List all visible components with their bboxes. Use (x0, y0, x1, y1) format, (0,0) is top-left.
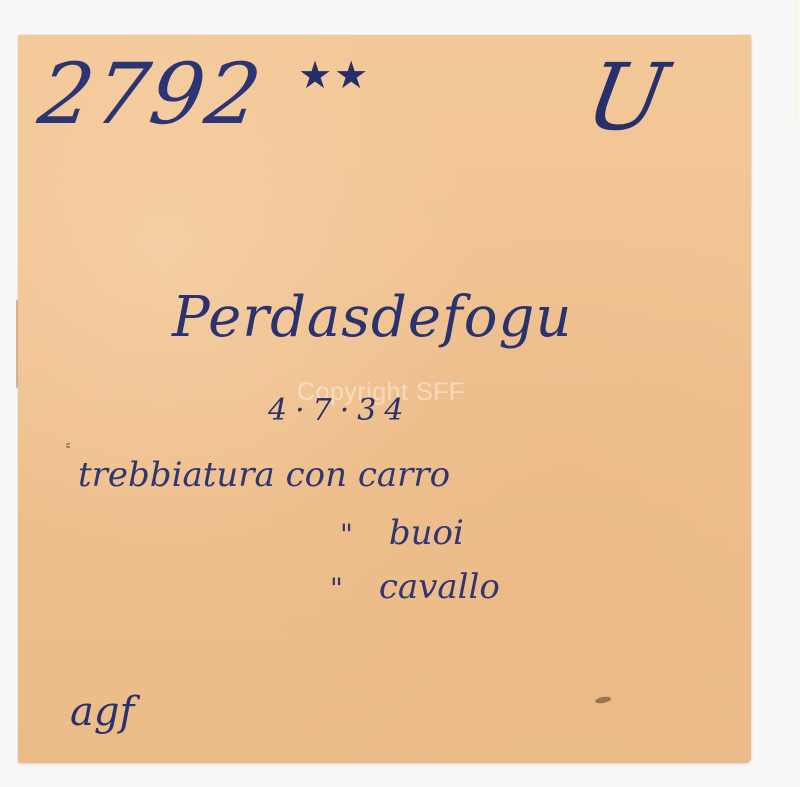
description-line: "buoi (340, 516, 464, 550)
paper-speck (66, 446, 70, 448)
star-marks-icon: ★★ (298, 56, 370, 94)
ditto-mark: " (340, 518, 353, 551)
series-letter: U (580, 52, 674, 144)
description-line: "cavallo (330, 570, 500, 604)
catalog-number: 2792 (34, 52, 268, 136)
description-text: cavallo (379, 567, 500, 607)
scan-stage: 2792 ★★ U Perdasdefogu Copyright SFF 4·7… (0, 0, 800, 787)
adjacent-paper-edge (792, 0, 800, 120)
description-line: trebbiatura con carro (78, 458, 450, 492)
place-name: Perdasdefogu (172, 290, 572, 346)
ditto-mark: " (330, 572, 343, 605)
author-initials: agf (70, 692, 134, 732)
date: 4·7·34 (268, 396, 411, 426)
description-text: trebbiatura con carro (78, 455, 450, 495)
description-text: buoi (389, 513, 464, 553)
